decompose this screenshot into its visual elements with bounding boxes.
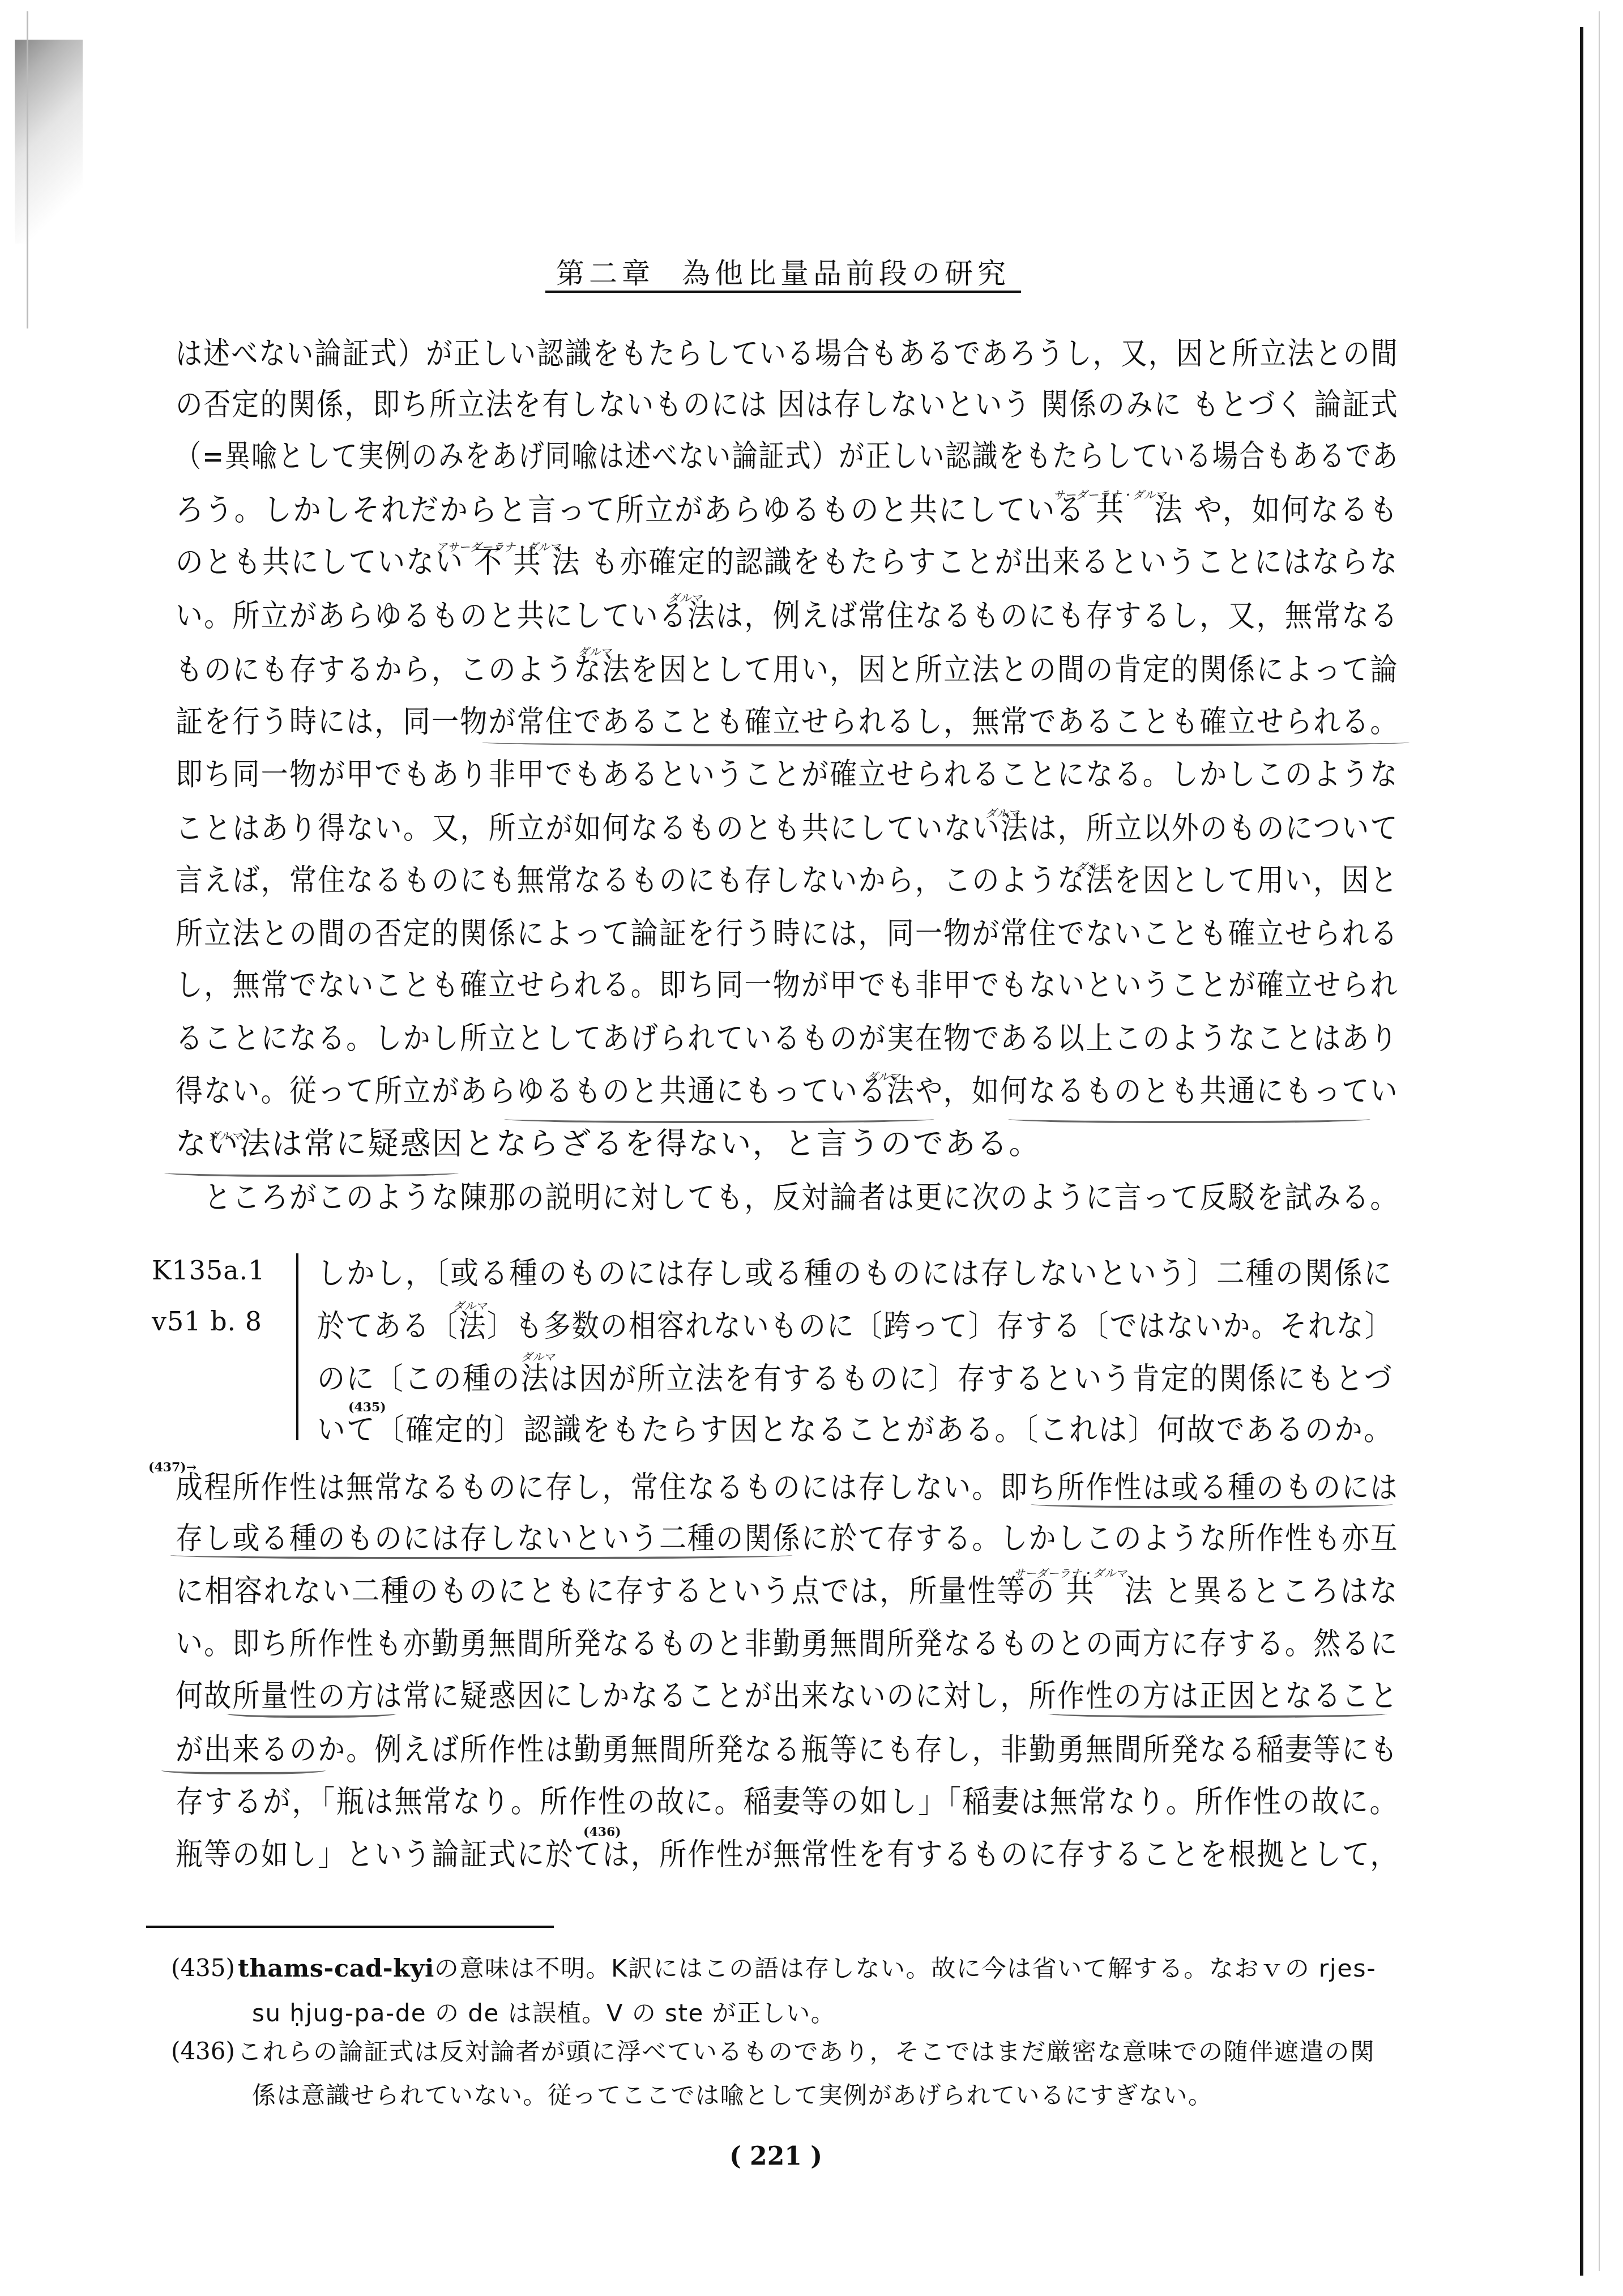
ruby-gloss: ダルマ [668, 589, 702, 605]
body-line: のとも共にしていない 不 共 法 も亦確定的認識をもたらすことが出来るということ… [176, 543, 1276, 582]
body-line: 瓶等の如し」という論証式に於ては，所作性が無常性を有するものに存することを根拠と… [176, 1835, 1262, 1875]
quotation-line: しかし，〔或る種のものには存し或る種のものには存しないという〕二種の関係に [317, 1254, 1306, 1294]
footnote-line: thams-cad-kyiの意味は不明。K訳にはこの語は存しない。故に今は省いて… [238, 1953, 1376, 1985]
chapter-label: 第二章 [556, 257, 655, 290]
quotation-line: いて〔確定的〕認識をもたらす因となることがある。〔これは〕何故であるのか。 [317, 1410, 1306, 1450]
body-line: 存し或る種のものには存しないという二種の関係に於て存する。しかしこのような所作性… [176, 1519, 1261, 1559]
tibetan-term: thams-cad-kyi [238, 1954, 434, 1982]
running-head: 第二章 為他比量品前段の研究 [545, 254, 1021, 293]
body-line: 成程所作性は無常なるものに存し，常住なるものには存しない。即ち所作性は或る種のも… [176, 1468, 1261, 1508]
source-ref: v51 b. 8 [152, 1306, 262, 1337]
footnote-line: su ḥjug-pa-de の de は誤植。V の ste が正しい。 [252, 1998, 835, 2029]
body-line: ることになる。しかし所立としてあげられているものが実在物である以上このようなこと… [176, 1019, 1261, 1059]
body-line: ものにも存するから，このような法を因として用い，因と所立法との間の肯定的関係によ… [176, 650, 1261, 690]
body-line: （=異喩として実例のみをあげ同喩は述べない論証式）が正しい認識をもたらしている場… [176, 437, 1194, 476]
handwritten-underline [481, 736, 1410, 746]
body-line: し，無常でないことも確立せられる。即ち同一物が甲でも非甲でもないということが確立… [176, 966, 1261, 1005]
footnote-line: 係は意識せられていない。従ってここでは喩として実例があげられているにすぎない。 [252, 2080, 1213, 2111]
body-line: 存するが，「瓶は無常なり。所作性の故に。稲妻等の如し」「稲妻は無常なり。所作性の… [176, 1782, 1285, 1822]
quotation-line: のに〔この種の法は因が所立法を有するものに〕存するという肯定的関係にもとづ [317, 1359, 1294, 1399]
chapter-title: 為他比量品前段の研究 [682, 257, 1010, 290]
running-head-rule [545, 291, 1021, 293]
body-line: 何故所量性の方は常に疑惑因にしかなることが出来ないのに対し，所作性の方は正因とな… [176, 1676, 1261, 1716]
ruby-gloss: ダルマ [578, 643, 612, 659]
quotation-line: 於てある〔法〕も多数の相容れないものに〔跨って〕存する〔ではないか。それな〕 [317, 1307, 1267, 1346]
scan-edge-right [1599, 11, 1600, 2271]
body-line: ことはあり得ない。又，所立が如何なるものとも共にしていない法は，所立以外のものに… [176, 809, 1262, 848]
ruby-gloss: サーダーラナ・ダルマ [1053, 486, 1167, 502]
footnote-separator [146, 1926, 554, 1928]
body-line: が出来るのか。例えば所作性は勤勇無間所発なる瓶等にも存し，非勤勇無間所発なる稲妻… [176, 1730, 1261, 1770]
book-gutter-line [1580, 27, 1583, 2276]
ruby-gloss: アサーダーラナ・ダルマ [436, 538, 561, 554]
body-line: い。所立があらゆるものと共にしている法は，例えば常住なるものにも存するし，又，無… [176, 596, 1261, 636]
body-line: 得ない。従って所立があらゆるものと共通にもっている法や，如何なるものとも共通にも… [176, 1072, 1262, 1111]
body-line: 即ち同一物が甲でもあり非甲でもあるということが確立せられることになる。しかしこの… [176, 755, 1261, 795]
handwritten-underline [1008, 1113, 1370, 1123]
footnote-ref-436[interactable]: (436) [583, 1825, 621, 1840]
quotation-bar [296, 1253, 298, 1440]
scan-shadow-corner [15, 40, 83, 244]
body-line: い。即ち所作性も亦勤勇無間所発なるものと非勤勇無間所発なるものとの両方に存する。… [176, 1624, 1261, 1664]
footnote-number: (435) [171, 1954, 235, 1982]
ruby-gloss: ダルマ [208, 1127, 242, 1143]
footnote-ref-435[interactable]: (435) [348, 1400, 386, 1415]
source-ref: K135a.1 [152, 1255, 265, 1286]
ruby-gloss: ダルマ [866, 1068, 900, 1084]
footnote-line: これらの論証式は反対論者が頭に浮べているものであり，そこではまだ厳密な意味での随… [237, 2036, 1376, 2068]
footnote-number: (436) [171, 2037, 235, 2065]
body-line: の否定的関係，即ち所立法を有しないものには 因は存しないという 関係のみに もと… [176, 385, 1252, 425]
body-line: ところがこのような陳那の説明に対しても，反対論者は更に次のように言って反駁を試み… [176, 1178, 1261, 1218]
ruby-gloss: ダルマ [985, 804, 1019, 821]
page-number: ( 221 ) [725, 2142, 827, 2171]
body-line: は述べない論証式）が正しい認識をもたらしている場合もあるであろうし，又，因と所立… [176, 334, 1237, 374]
body-line: 所立法との間の否定的関係によって論証を行う時には，同一物が常住でないことも確立せ… [176, 914, 1261, 954]
body-line: ない法は常に疑惑因とならざるを得ない，と言うのである。 [176, 1124, 1399, 1164]
ruby-gloss: ダルマ [1076, 858, 1110, 874]
handwritten-underline [504, 1113, 934, 1123]
body-line: に相容れない二種のものにともに存するという点では，所量性等の 共 法 と異るとこ… [176, 1572, 1295, 1611]
handwritten-underline [164, 1167, 459, 1177]
scan-edge-left [27, 11, 28, 328]
